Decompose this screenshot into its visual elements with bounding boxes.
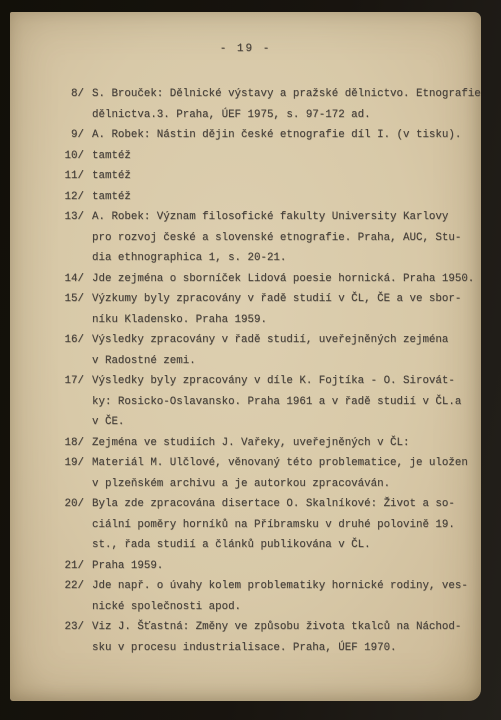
footnote-text: níku Kladensko. Praha 1959. xyxy=(92,310,267,331)
footnote-text: pro rozvoj české a slovenské etnografie.… xyxy=(92,228,461,249)
footnote-number xyxy=(62,105,84,126)
footnote-line: dělnictva.3. Praha, ÚEF 1975, s. 97-172 … xyxy=(62,105,471,126)
footnote-text: ky: Rosicko-Oslavansko. Praha 1961 a v ř… xyxy=(92,392,461,413)
footnote-line: 11/tamtéž xyxy=(62,166,471,187)
footnote-number xyxy=(62,535,84,556)
footnote-number: 11/ xyxy=(62,166,84,187)
footnote-line: 12/tamtéž xyxy=(62,187,471,208)
footnote-line: dia ethnographica 1, s. 20-21. xyxy=(62,248,471,269)
footnote-text: Výsledky byly zpracovány v díle K. Fojtí… xyxy=(92,371,455,392)
footnote-line: v plzeňském archivu a je autorkou zpraco… xyxy=(62,474,471,495)
footnote-number: 15/ xyxy=(62,289,84,310)
footnote-number: 20/ xyxy=(62,494,84,515)
footnote-text: v ČE. xyxy=(92,412,124,433)
footnote-line: 9/A. Robek: Nástin dějin české etnografi… xyxy=(62,125,471,146)
footnote-number: 9/ xyxy=(62,125,84,146)
footnote-number: 12/ xyxy=(62,187,84,208)
footnote-text: tamtéž xyxy=(92,166,131,187)
footnote-number: 23/ xyxy=(62,617,84,638)
footnote-line: 20/Byla zde zpracována disertace O. Skal… xyxy=(62,494,471,515)
footnote-number xyxy=(62,310,84,331)
footnote-line: 13/A. Robek: Význam filosofické fakulty … xyxy=(62,207,471,228)
footnote-text: Byla zde zpracována disertace O. Skalník… xyxy=(92,494,455,515)
footnote-line: nické společnosti apod. xyxy=(62,597,471,618)
footnote-number xyxy=(62,392,84,413)
footnote-line: 23/Viz J. Šťastná: Změny ve způsobu živo… xyxy=(62,617,471,638)
footnote-line: ky: Rosicko-Oslavansko. Praha 1961 a v ř… xyxy=(62,392,471,413)
footnote-number: 19/ xyxy=(62,453,84,474)
footnote-line: 19/Materiál M. Ulčlové, věnovaný této pr… xyxy=(62,453,471,474)
footnote-text: Materiál M. Ulčlové, věnovaný této probl… xyxy=(92,453,468,474)
footnote-text: Výzkumy byly zpracovány v řadě studií v … xyxy=(92,289,461,310)
footnote-text: v Radostné zemi. xyxy=(92,351,196,372)
footnote-text: Jde zejména o sborníček Lidová poesie ho… xyxy=(92,269,474,290)
footnote-number xyxy=(62,597,84,618)
scanned-page: - 19 - 8/S. Brouček: Dělnické výstavy a … xyxy=(10,12,481,701)
footnote-text: tamtéž xyxy=(92,187,131,208)
footnote-text: dělnictva.3. Praha, ÚEF 1975, s. 97-172 … xyxy=(92,105,371,126)
footnote-number: 10/ xyxy=(62,146,84,167)
footnote-number: 18/ xyxy=(62,433,84,454)
footnote-line: ciální poměry horníků na Příbramsku v dr… xyxy=(62,515,471,536)
footnote-text: Výsledky zpracovány v řadě studií, uveře… xyxy=(92,330,448,351)
footnote-number: 13/ xyxy=(62,207,84,228)
footnote-number xyxy=(62,474,84,495)
footnote-line: 15/Výzkumy byly zpracovány v řadě studií… xyxy=(62,289,471,310)
footnote-number xyxy=(62,515,84,536)
footnote-text: S. Brouček: Dělnické výstavy a pražské d… xyxy=(92,84,481,105)
footnote-text: A. Robek: Nástin dějin české etnografie … xyxy=(92,125,461,146)
footnote-number xyxy=(62,638,84,659)
footnote-text: nické společnosti apod. xyxy=(92,597,241,618)
footnote-line: 17/Výsledky byly zpracovány v díle K. Fo… xyxy=(62,371,471,392)
footnote-number xyxy=(62,351,84,372)
footnote-line: sku v procesu industrialisace. Praha, ÚE… xyxy=(62,638,471,659)
footnote-number xyxy=(62,248,84,269)
footnote-number xyxy=(62,412,84,433)
footnote-line: v ČE. xyxy=(62,412,471,433)
footnote-text: Jde např. o úvahy kolem problematiky hor… xyxy=(92,576,468,597)
footnote-text: Zejména ve studiích J. Vařeky, uveřejněn… xyxy=(92,433,409,454)
footnote-number: 17/ xyxy=(62,371,84,392)
footnote-text: sku v procesu industrialisace. Praha, ÚE… xyxy=(92,638,397,659)
footnote-line: 10/tamtéž xyxy=(62,146,471,167)
footnote-text: ciální poměry horníků na Příbramsku v dr… xyxy=(92,515,455,536)
footnote-line: 16/Výsledky zpracovány v řadě studií, uv… xyxy=(62,330,471,351)
footnote-number: 16/ xyxy=(62,330,84,351)
footnote-line: 14/Jde zejména o sborníček Lidová poesie… xyxy=(62,269,471,290)
footnote-text: Praha 1959. xyxy=(92,556,163,577)
footnote-number: 22/ xyxy=(62,576,84,597)
footnote-number: 21/ xyxy=(62,556,84,577)
footnote-number xyxy=(62,228,84,249)
footnote-text: v plzeňském archivu a je autorkou zpraco… xyxy=(92,474,390,495)
footnote-text: A. Robek: Význam filosofické fakulty Uni… xyxy=(92,207,448,228)
footnote-line: pro rozvoj české a slovenské etnografie.… xyxy=(62,228,471,249)
footnote-line: v Radostné zemi. xyxy=(62,351,471,372)
footnote-line: 22/Jde např. o úvahy kolem problematiky … xyxy=(62,576,471,597)
footnote-text: dia ethnographica 1, s. 20-21. xyxy=(92,248,286,269)
footnote-text: tamtéž xyxy=(92,146,131,167)
footnote-line: st., řada studií a článků publikována v … xyxy=(62,535,471,556)
footnote-number: 14/ xyxy=(62,269,84,290)
footnote-text: Viz J. Šťastná: Změny ve způsobu života … xyxy=(92,617,461,638)
footnote-line: 8/S. Brouček: Dělnické výstavy a pražské… xyxy=(62,84,471,105)
footnote-line: níku Kladensko. Praha 1959. xyxy=(62,310,471,331)
footnote-text: st., řada studií a článků publikována v … xyxy=(92,535,371,556)
footnote-line: 21/Praha 1959. xyxy=(62,556,471,577)
footnote-number: 8/ xyxy=(62,84,84,105)
footnote-line: 18/Zejména ve studiích J. Vařeky, uveřej… xyxy=(62,433,471,454)
page-number: - 19 - xyxy=(10,12,481,55)
footnote-list: 8/S. Brouček: Dělnické výstavy a pražské… xyxy=(10,84,481,658)
